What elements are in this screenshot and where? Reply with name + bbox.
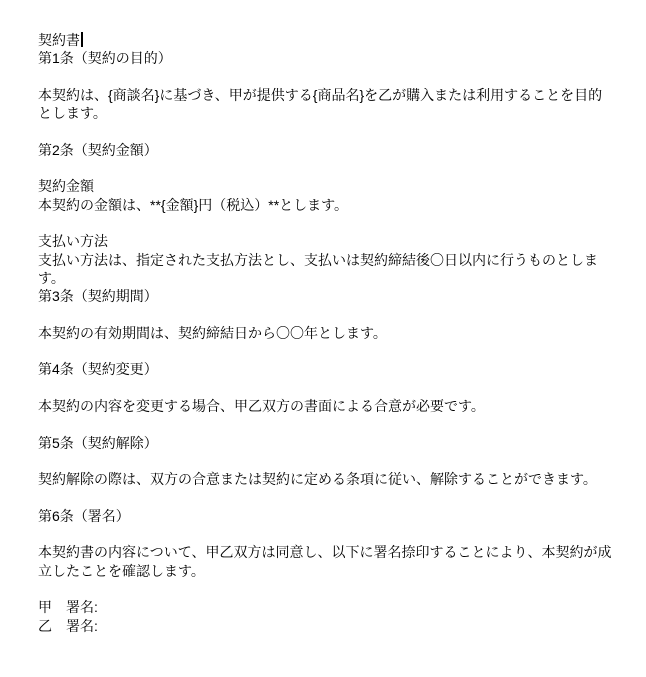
document-line-text: 第4条（契約変更）: [38, 361, 158, 377]
document-line-text: 契約書: [38, 32, 80, 48]
document-line: [38, 452, 630, 470]
document-line: 本契約は、{商談名}に基づき、甲が提供する{商品名}を乙が購入または利用すること…: [38, 86, 630, 104]
document-line: 支払い方法は、指定された支払方法とし、支払いは契約締結後〇日以内に行うものとしま: [38, 251, 630, 269]
document-page: 契約書第1条（契約の目的）本契約は、{商談名}に基づき、甲が提供する{商品名}を…: [0, 0, 646, 677]
document-line: 支払い方法: [38, 232, 630, 250]
document-line-text: 本契約の有効期間は、契約締結日から〇〇年とします。: [38, 325, 387, 341]
document-line-text: 本契約は、{商談名}に基づき、甲が提供する{商品名}を乙が購入または利用すること…: [38, 87, 602, 103]
document-line: 第2条（契約金額）: [38, 141, 630, 159]
document-line-text: す。: [38, 270, 65, 286]
document-line-text: 第5条（契約解除）: [38, 435, 158, 451]
document-line: 第4条（契約変更）: [38, 360, 630, 378]
document-line-text: 本契約の内容を変更する場合、甲乙双方の書面による合意が必要です。: [38, 398, 485, 414]
document-line: 本契約書の内容について、甲乙双方は同意し、以下に署名捺印することにより、本契約が…: [38, 543, 630, 561]
document-line: 第1条（契約の目的）: [38, 49, 630, 67]
document-line: 乙 署名:: [38, 617, 630, 635]
document-line: 本契約の金額は、**{金額}円（税込）**とします。: [38, 196, 630, 214]
document-line: [38, 214, 630, 232]
document-line-text: 第6条（署名）: [38, 508, 130, 524]
document-line: 第6条（署名）: [38, 507, 630, 525]
document-line-text: 本契約の金額は、**{金額}円（税込）**とします。: [38, 197, 348, 213]
document-line: [38, 488, 630, 506]
document-line: 契約書: [38, 31, 630, 49]
document-line-text: 立したことを確認します。: [38, 563, 205, 579]
document-line-text: 第3条（契約期間）: [38, 288, 158, 304]
document-line: す。: [38, 269, 630, 287]
document-line-text: 第2条（契約金額）: [38, 142, 158, 158]
document-line: 第5条（契約解除）: [38, 434, 630, 452]
document-line: 立したことを確認します。: [38, 562, 630, 580]
document-line: [38, 305, 630, 323]
document-line: とします。: [38, 104, 630, 122]
document-line: 契約解除の際は、双方の合意または契約に定める条項に従い、解除することができます。: [38, 470, 630, 488]
contract-text-editor[interactable]: 契約書第1条（契約の目的）本契約は、{商談名}に基づき、甲が提供する{商品名}を…: [38, 31, 630, 635]
document-line-text: 本契約書の内容について、甲乙双方は同意し、以下に署名捺印することにより、本契約が…: [38, 544, 611, 560]
document-line-text: 契約解除の際は、双方の合意または契約に定める条項に従い、解除することができます。: [38, 471, 597, 487]
document-line-text: とします。: [38, 105, 107, 121]
document-line: [38, 580, 630, 598]
document-line: [38, 415, 630, 433]
document-line: [38, 379, 630, 397]
document-line: [38, 342, 630, 360]
document-line-text: 支払い方法: [38, 233, 108, 249]
document-line-text: 第1条（契約の目的）: [38, 50, 172, 66]
document-line-text: 甲 署名:: [38, 599, 98, 615]
document-line: [38, 159, 630, 177]
document-line: [38, 525, 630, 543]
text-cursor: [81, 32, 83, 47]
document-line: 本契約の有効期間は、契約締結日から〇〇年とします。: [38, 324, 630, 342]
document-line: [38, 68, 630, 86]
document-line: 契約金額: [38, 177, 630, 195]
document-line: 第3条（契約期間）: [38, 287, 630, 305]
document-line: 本契約の内容を変更する場合、甲乙双方の書面による合意が必要です。: [38, 397, 630, 415]
document-line-text: 契約金額: [38, 178, 94, 194]
document-line: 甲 署名:: [38, 598, 630, 616]
document-line-text: 乙 署名:: [38, 618, 98, 634]
document-line-text: 支払い方法は、指定された支払方法とし、支払いは契約締結後〇日以内に行うものとしま: [38, 252, 598, 268]
document-line: [38, 122, 630, 140]
